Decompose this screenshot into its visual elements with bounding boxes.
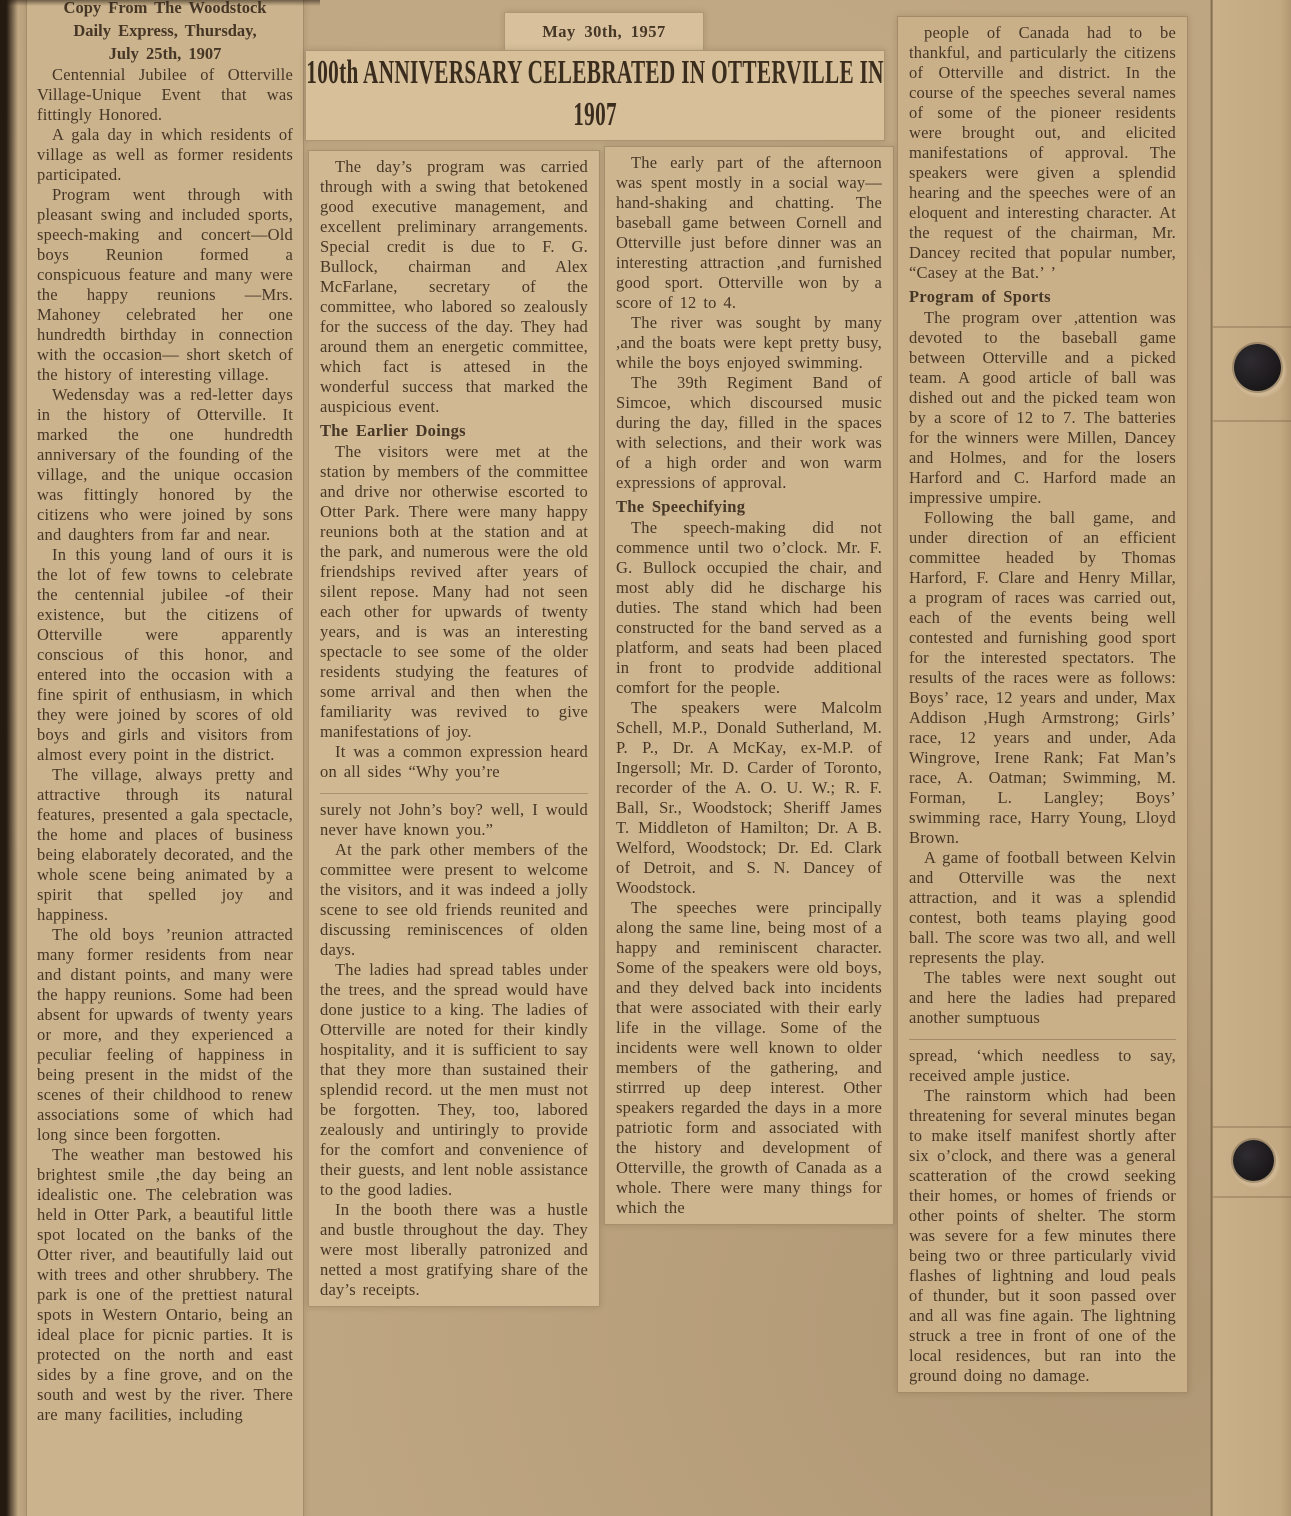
paragraph: The speech-making did not commence until… (616, 518, 882, 698)
date-stamp: May 30th, 1957 (504, 12, 704, 51)
paragraph: Program went through with pleasant swing… (37, 185, 293, 385)
paragraph: The early part of the afternoon was spen… (616, 153, 882, 313)
paragraph: The village, always pretty and attractiv… (37, 765, 293, 925)
paragraph: The speakers were Malcolm Schell, M.P., … (616, 698, 882, 898)
clipping-column-4: people of Canada had to be thankful, and… (897, 16, 1188, 1393)
paragraph: The tables were next sought out and here… (909, 968, 1176, 1028)
section-heading: The Earlier Doings (320, 420, 588, 441)
paragraph: surely not John’s boy? well, I would nev… (320, 800, 588, 840)
clipping-column-2: The day’s program was carried through wi… (308, 150, 600, 1307)
page-margin-band (1213, 0, 1291, 1516)
crease-line (1213, 326, 1291, 328)
hole-punch (1234, 344, 1281, 391)
section-heading: Program of Sports (909, 286, 1176, 307)
page-crease (1210, 0, 1213, 1516)
paragraph: At the park other members of the committ… (320, 840, 588, 960)
paragraph: Following the ball game, and under direc… (909, 508, 1176, 848)
headline: 100th ANNIVERSARY CELEBRATED IN OTTERVIL… (306, 51, 884, 136)
paragraph: The ladies had spread tables under the t… (320, 960, 588, 1200)
paragraph: spread, ‘which needless to say, received… (909, 1046, 1176, 1086)
paragraph: A game of football between Kelvin and Ot… (909, 848, 1176, 968)
paragraph: The old boys ’reunion attracted many for… (37, 925, 293, 1145)
paragraph: In this young land of ours it is the lot… (37, 545, 293, 765)
source-note-line-2: Daily Express, Thursday, (37, 19, 293, 42)
clipping-column-1: Copy From The Woodstock Daily Express, T… (26, 0, 304, 1516)
clipping-seam: spread, ‘which needless to say, received… (909, 1039, 1176, 1386)
paragraph: It was a common expression heard on all … (320, 742, 588, 782)
crease-line (1213, 420, 1291, 422)
paragraph: The visitors were met at the station by … (320, 442, 588, 742)
clipping-column-3: The early part of the afternoon was spen… (604, 146, 894, 1225)
crease-line (1213, 1196, 1291, 1198)
paragraph: The river was sought by many ,and the bo… (616, 313, 882, 373)
paragraph: The weather man bestowed his brightest s… (37, 1145, 293, 1425)
paragraph: A gala day in which residents of village… (37, 125, 293, 185)
source-note-line-3: July 25th, 1907 (37, 42, 293, 65)
headline-clipping: 100th ANNIVERSARY CELEBRATED IN OTTERVIL… (305, 50, 885, 141)
paragraph: The rainstorm which had been threatening… (909, 1086, 1176, 1386)
scan-edge-left (0, 0, 18, 1516)
paragraph: The day’s program was carried through wi… (320, 157, 588, 417)
paragraph: The program over ,attention was devoted … (909, 308, 1176, 508)
scrapbook-page: Copy From The Woodstock Daily Express, T… (0, 0, 1291, 1516)
section-heading: The Speechifying (616, 496, 882, 517)
crease-line (1213, 1126, 1291, 1128)
scan-edge-top (0, 0, 320, 6)
paragraph: The 39th Regiment Band of Simcoe, which … (616, 373, 882, 493)
clipping-seam: surely not John’s boy? well, I would nev… (320, 793, 588, 1300)
hole-punch (1233, 1140, 1274, 1181)
paragraph: Centennial Jubilee of Otterville Village… (37, 65, 293, 125)
paragraph: people of Canada had to be thankful, and… (909, 23, 1176, 283)
paragraph: In the booth there was a hustle and bust… (320, 1200, 588, 1300)
paragraph: Wedensday was a red-letter days in the h… (37, 385, 293, 545)
paragraph: The speeches were principally along the … (616, 898, 882, 1218)
